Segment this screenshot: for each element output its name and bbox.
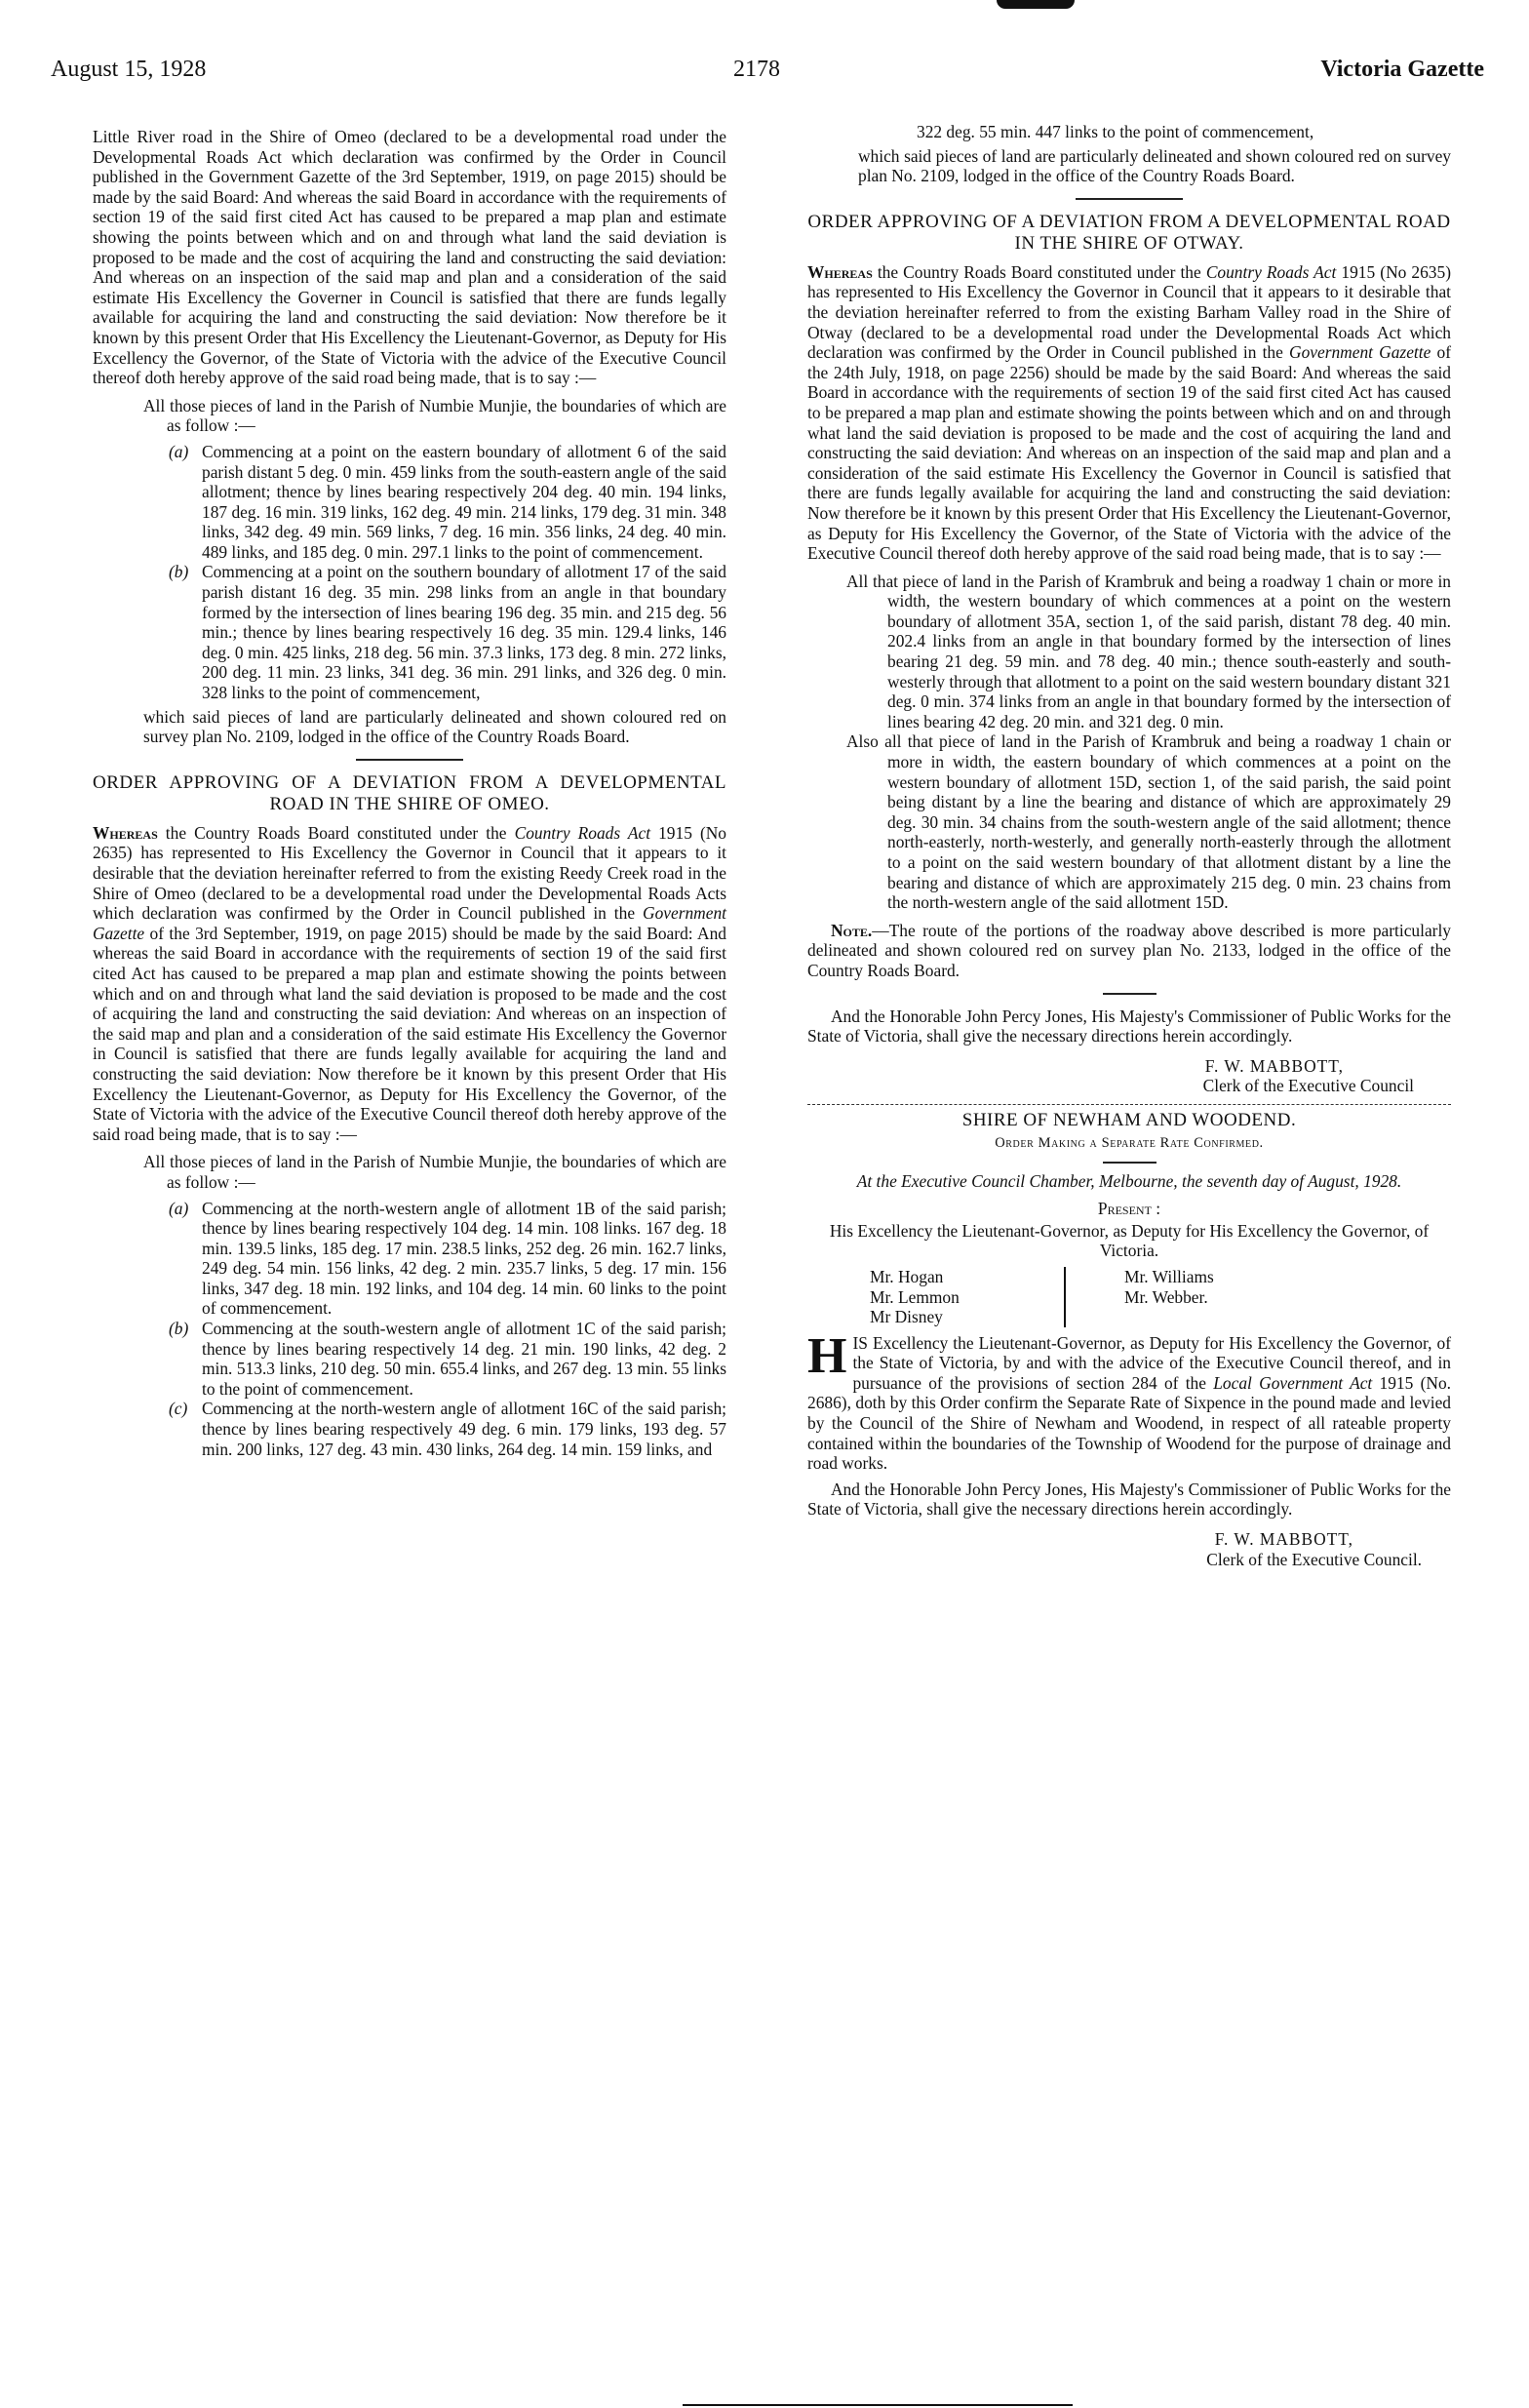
drop-cap: H <box>807 1335 846 1378</box>
continuation-item: 322 deg. 55 min. 447 links to the point … <box>917 122 1451 142</box>
whereas-word: Whereas <box>807 262 873 282</box>
issue-date: August 15, 1928 <box>51 57 206 83</box>
order-body: Whereas the Country Roads Board constitu… <box>93 823 726 1145</box>
survey-plan-note: which said pieces of land are particular… <box>858 146 1451 186</box>
boundary-item: (b) Commencing at a point on the souther… <box>169 562 726 702</box>
present-label: Present : <box>807 1199 1451 1219</box>
signature-block: F. W. MABBOTT, Clerk of the Executive Co… <box>807 1529 1451 1569</box>
section-divider <box>356 759 463 761</box>
boundary-item: (a) Commencing at the north-western angl… <box>169 1199 726 1320</box>
member-name: Mr. Williams <box>1124 1267 1318 1287</box>
item-text: Commencing at a point on the southern bo… <box>202 562 726 702</box>
newham-order: SHIRE OF NEWHAM AND WOODEND. Order Makin… <box>807 1110 1451 1569</box>
left-column: Little River road in the Shire of Omeo (… <box>93 127 726 1459</box>
section-divider <box>1076 198 1183 200</box>
scan-artifact-top <box>997 0 1075 9</box>
signatory-name: F. W. MABBOTT, <box>807 1529 1451 1550</box>
section-divider <box>1103 1162 1157 1164</box>
gazette-name: Government Gazette <box>1289 342 1431 362</box>
boundary-list: (a) Commencing at a point on the eastern… <box>169 442 726 703</box>
present-line: His Excellency the Lieutenant-Governor, … <box>807 1221 1451 1261</box>
whereas-word: Whereas <box>93 823 158 843</box>
member-name: Mr. Hogan <box>870 1267 1064 1287</box>
item-text: Commencing at the north-western angle of… <box>202 1399 726 1459</box>
signatory-role: Clerk of the Executive Council <box>807 1076 1451 1096</box>
parish-intro: All those pieces of land in the Parish o… <box>143 1152 726 1192</box>
member-name: Mr. Lemmon <box>870 1287 1064 1308</box>
order-heading: ORDER APPROVING OF A DEVIATION FROM A DE… <box>807 212 1451 255</box>
section-divider-full <box>807 1104 1451 1106</box>
act-name: Country Roads Act <box>515 823 650 843</box>
item-text: Commencing at the north-western angle of… <box>202 1199 726 1320</box>
signature-block: F. W. MABBOTT, Clerk of the Executive Co… <box>807 1056 1451 1096</box>
item-label: (b) <box>169 1319 202 1399</box>
item-text: Commencing at a point on the eastern bou… <box>202 442 726 563</box>
otway-order: ORDER APPROVING OF A DEVIATION FROM A DE… <box>807 212 1451 1096</box>
order-subheading: Order Making a Separate Rate Confirmed. <box>807 1133 1451 1154</box>
directions-paragraph: And the Honorable John Percy Jones, His … <box>807 1480 1451 1520</box>
survey-plan-note: which said pieces of land are particular… <box>143 707 726 747</box>
member-name: Mr Disney <box>870 1307 1064 1327</box>
body-text: the Country Roads Board constituted unde… <box>873 262 1206 282</box>
members-present: Mr. Hogan Mr. Lemmon Mr Disney Mr. Willi… <box>870 1267 1318 1327</box>
signatory-name: F. W. MABBOTT, <box>807 1056 1451 1077</box>
act-name: Local Government Act <box>1213 1373 1372 1393</box>
order-body: HIS Excellency the Lieutenant-Governor, … <box>807 1333 1451 1474</box>
boundary-item: (b) Commencing at the south-western angl… <box>169 1319 726 1399</box>
item-label: (b) <box>169 562 202 702</box>
route-note: Note.—The route of the portions of the r… <box>807 921 1451 981</box>
body-text: the Country Roads Board constituted unde… <box>158 823 515 843</box>
note-text: —The route of the portions of the roadwa… <box>807 921 1451 980</box>
right-column: 322 deg. 55 min. 447 links to the point … <box>807 122 1451 1569</box>
members-left: Mr. Hogan Mr. Lemmon Mr Disney <box>870 1267 1066 1327</box>
section-divider <box>1103 993 1157 995</box>
publication-title: Victoria Gazette <box>1320 57 1484 83</box>
order-body: Whereas the Country Roads Board constitu… <box>807 262 1451 564</box>
item-label: (a) <box>169 442 202 563</box>
dated-line: At the Executive Council Chamber, Melbou… <box>807 1171 1451 1192</box>
omeo-order: ORDER APPROVING OF A DEVIATION FROM A DE… <box>93 772 726 1459</box>
boundary-item: (c) Commencing at the north-western angl… <box>169 1399 726 1459</box>
item-label: (a) <box>169 1199 202 1320</box>
order-heading: SHIRE OF NEWHAM AND WOODEND. <box>807 1110 1451 1131</box>
body-text: of the 3rd September, 1919, on page 2015… <box>93 924 726 1144</box>
members-right: Mr. Williams Mr. Webber. <box>1066 1267 1318 1327</box>
body-text: of the 24th July, 1918, on page 2256) sh… <box>807 342 1451 563</box>
page-header: August 15, 1928 2178 Victoria Gazette <box>51 57 1484 96</box>
note-label: Note. <box>831 921 872 940</box>
land-description-2: Also all that piece of land in the Paris… <box>846 731 1451 912</box>
signatory-role: Clerk of the Executive Council. <box>807 1550 1451 1570</box>
item-label: (c) <box>169 1399 202 1459</box>
directions-paragraph: And the Honorable John Percy Jones, His … <box>807 1007 1451 1046</box>
scan-artifact-bottom-rule <box>683 2404 1073 2406</box>
item-text: Commencing at the south-western angle of… <box>202 1319 726 1399</box>
page-number: 2178 <box>733 57 780 83</box>
land-description-1: All that piece of land in the Parish of … <box>846 572 1451 732</box>
parish-intro: All those pieces of land in the Parish o… <box>143 396 726 436</box>
boundary-item: (a) Commencing at a point on the eastern… <box>169 442 726 563</box>
act-name: Country Roads Act <box>1206 262 1337 282</box>
member-name: Mr. Webber. <box>1124 1287 1318 1308</box>
boundary-list: (a) Commencing at the north-western angl… <box>169 1199 726 1460</box>
order-heading: ORDER APPROVING OF A DEVIATION FROM A DE… <box>93 772 726 815</box>
continuation-paragraph: Little River road in the Shire of Omeo (… <box>93 127 726 388</box>
